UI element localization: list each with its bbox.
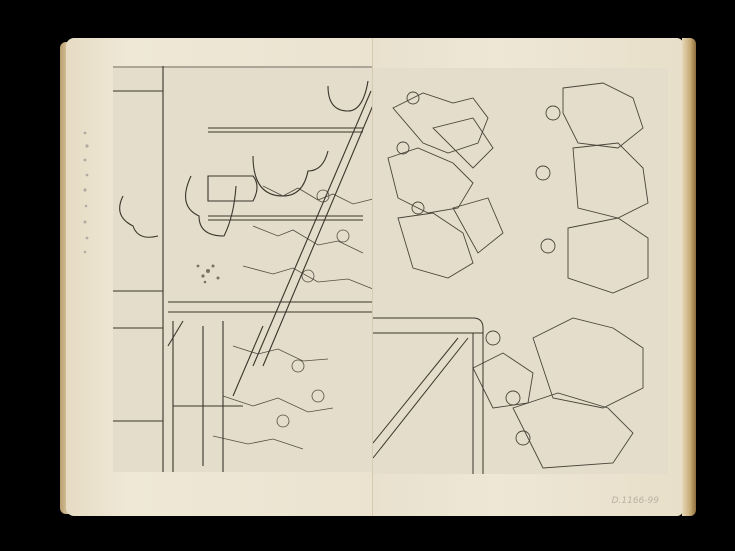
sketchbook: D.1166-99 xyxy=(60,38,696,519)
left-sketch xyxy=(113,66,379,472)
page-edges-right xyxy=(682,38,696,516)
bleed-through-marks xyxy=(82,128,90,258)
right-sketch xyxy=(373,68,668,474)
left-page xyxy=(66,38,373,516)
inventory-number: D.1166-99 xyxy=(612,496,659,506)
right-page: D.1166-99 xyxy=(373,38,683,516)
